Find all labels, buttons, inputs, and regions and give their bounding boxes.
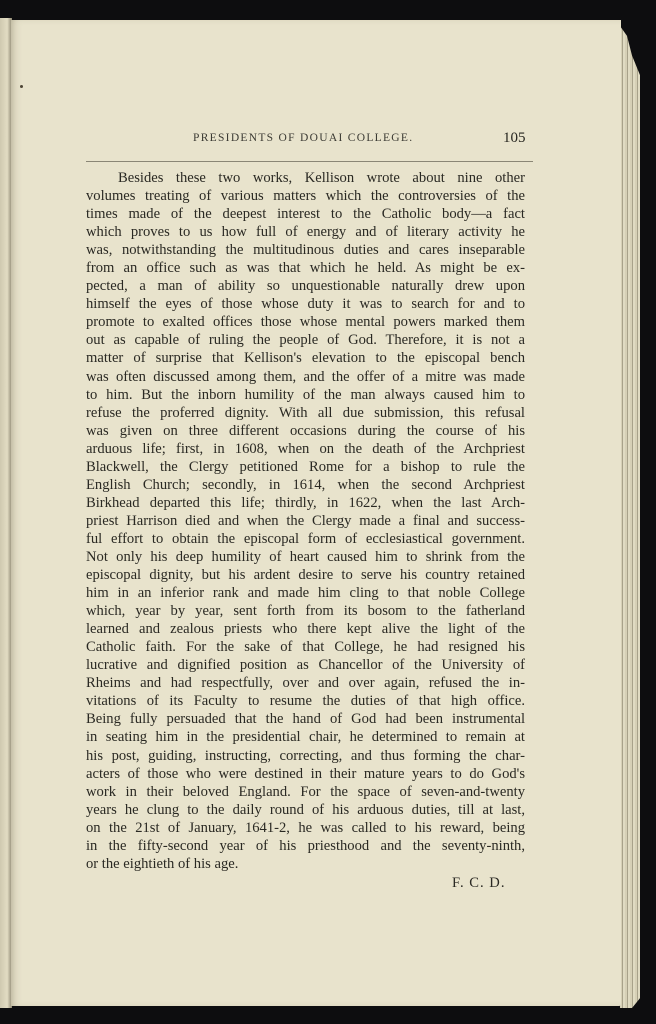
body-paragraph: Besides these two works, Kellison wrote …	[86, 169, 525, 873]
text-line: in seating him in the presidential chair…	[86, 728, 525, 746]
text-line: ful effort to obtain the episcopal form …	[86, 530, 525, 548]
text-line: himself the eyes of those whose duty it …	[86, 295, 525, 313]
text-line: Birkhead departed this life; thirdly, in…	[86, 494, 525, 512]
running-head: Presidents of Douai College. 105	[11, 132, 621, 152]
text-line: was given on three different occasions d…	[86, 422, 525, 440]
text-line: matter of surprise that Kellison's eleva…	[86, 349, 525, 367]
paper-speck	[20, 85, 23, 88]
text-line: which, year by year, sent forth from its…	[86, 602, 525, 620]
text-line: acters of those who were destined in the…	[86, 765, 525, 783]
running-title: Presidents of Douai College.	[193, 132, 413, 144]
text-line: priest Harrison died and when the Clergy…	[86, 512, 525, 530]
text-line: on the 21st of January, 1641-2, he was c…	[86, 819, 525, 837]
text-line: Blackwell, the Clergy petitioned Rome fo…	[86, 458, 525, 476]
text-line: which proves to us how full of energy an…	[86, 223, 525, 241]
author-initials: F. C. D.	[452, 875, 505, 892]
text-line: learned and zealous priests who there ke…	[86, 620, 525, 638]
text-line: promote to exalted offices those whose m…	[86, 313, 525, 331]
page-number: 105	[503, 130, 526, 147]
text-line: Rheims and had respectfully, over and ov…	[86, 674, 525, 692]
text-line: volumes treating of various matters whic…	[86, 187, 525, 205]
text-line: was, notwithstanding the multitudinous d…	[86, 241, 525, 259]
header-rule	[86, 161, 533, 162]
text-line: out as capable of ruling the people of G…	[86, 331, 525, 349]
text-line: from an office such as was that which he…	[86, 259, 525, 277]
text-line: his post, guiding, instructing, correcti…	[86, 747, 525, 765]
text-line: times made of the deepest interest to th…	[86, 205, 525, 223]
text-line: English Church; secondly, in 1614, when …	[86, 476, 525, 494]
page-stack-edge	[620, 26, 640, 1008]
text-line: episcopal dignity, but his ardent desire…	[86, 566, 525, 584]
text-line: lucrative and dignified position as Chan…	[86, 656, 525, 674]
text-line: him in an inferior rank and made him cli…	[86, 584, 525, 602]
text-line: arduous life; first, in 1608, when on th…	[86, 440, 525, 458]
text-line: refuse the proferred dignity. With all d…	[86, 404, 525, 422]
book-page: Presidents of Douai College. 105 Besides…	[11, 20, 621, 1006]
text-line: to him. But the inborn humility of the m…	[86, 386, 525, 404]
text-line: vitations of its Faculty to resume the d…	[86, 692, 525, 710]
text-line: work in their beloved England. For the s…	[86, 783, 525, 801]
text-line: in the fifty-second year of his priestho…	[86, 837, 525, 855]
text-line: years he clung to the daily round of his…	[86, 801, 525, 819]
text-line: Besides these two works, Kellison wrote …	[86, 169, 525, 187]
text-line: was often discussed among them, and the …	[86, 368, 525, 386]
text-line: Not only his deep humility of heart caus…	[86, 548, 525, 566]
text-line: pected, a man of ability so unquestionab…	[86, 277, 525, 295]
text-line: Being fully persuaded that the hand of G…	[86, 710, 525, 728]
text-line: Catholic faith. For the sake of that Col…	[86, 638, 525, 656]
text-line: or the eightieth of his age.	[86, 855, 525, 873]
